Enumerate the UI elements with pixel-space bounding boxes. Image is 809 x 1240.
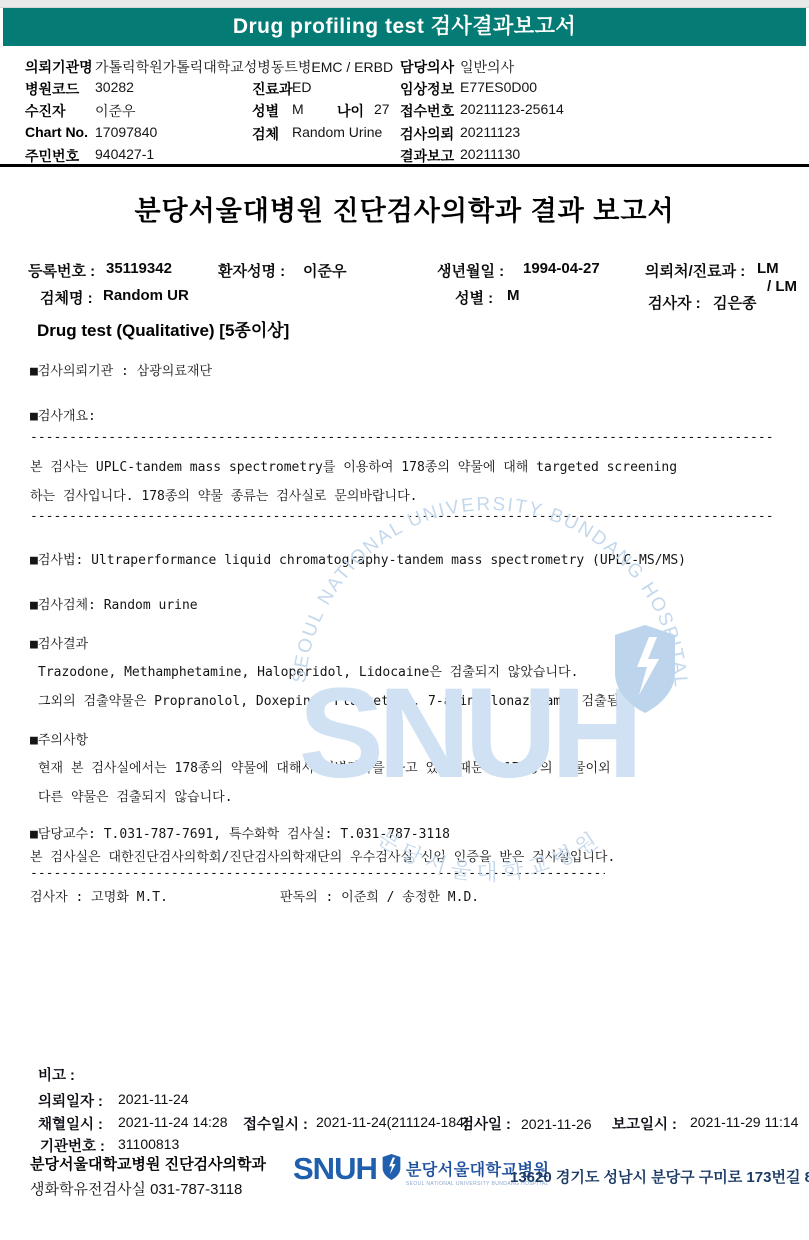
footer-department-line: 분당서울대학교병원 진단검사의학과 [30, 1153, 266, 1174]
ordering-org-label: 의뢰기관명 [25, 57, 93, 77]
result-report-label: 결과보고 [400, 146, 454, 166]
reg-no-label: 등록번호 : [28, 260, 95, 281]
referral-dept-value: LM [757, 260, 779, 277]
report-line-overview-header: ■검사개요: [30, 405, 96, 424]
reader-signature: 판독의 : 이준희 / 송정한 M.D. [280, 886, 479, 905]
report-datetime-value: 2021-11-29 11:14 [690, 1114, 798, 1130]
patient-name-label: 환자성명 : [218, 260, 285, 281]
org-number-value: 31100813 [118, 1136, 179, 1152]
snuh-logo-text: SNUH [293, 1152, 377, 1186]
age-value: 27 [374, 101, 390, 117]
patient-sex-value: M [507, 287, 520, 304]
report-line-caution-header: ■주의사항 [30, 729, 88, 748]
watermark-snuh-text: SNUH [299, 662, 638, 805]
report-line-overview-2: 하는 검사입니다. 178종의 약물 종류는 검사실로 문의바랍니다. [30, 485, 418, 504]
snuh-shield-icon [381, 1154, 402, 1180]
receipt-no-value: 20211123-25614 [460, 101, 564, 117]
birth-date-value: 1994-04-27 [523, 260, 600, 277]
attending-doctor-value: 일반의사 [460, 57, 514, 77]
report-line-specimen: ■검사검체: Random urine [30, 594, 198, 613]
report-line-result-2: 그외의 검출약물은 Propranolol, Doxepine, Fluoxet… [38, 690, 619, 709]
specimen-value: Random Urine [292, 124, 382, 140]
request-date-value: 2021-11-24 [118, 1091, 189, 1107]
receipt-no-label: 접수번호 [400, 101, 454, 121]
sex-label: 성별 [252, 101, 279, 121]
report-datetime-label: 보고일시 : [612, 1113, 677, 1134]
report-main-title: 분당서울대병원 진단검사의학과 결과 보고서 [0, 189, 809, 228]
hospital-code-label: 병원코드 [25, 79, 79, 99]
window-top-strip [0, 0, 809, 8]
patient-name-value: 이준우 [303, 260, 346, 281]
report-line-overview-1: 본 검사는 UPLC-tandem mass spectrometry를 이용하… [30, 456, 677, 475]
request-date-label: 의뢰일자 : [38, 1090, 103, 1111]
remark-label: 비고 : [38, 1064, 75, 1085]
test-date-value: 2021-11-26 [521, 1116, 592, 1132]
ordering-org-value: 가톨릭학원가톨릭대학교성병동트병EMC / ERBD [95, 57, 393, 77]
collect-datetime-label: 채혈일시 : [38, 1113, 103, 1134]
chart-no-value: 17097840 [95, 124, 157, 140]
resident-no-value: 940427-1 [95, 146, 154, 162]
section-rule [0, 164, 809, 167]
patient-value: 이준우 [95, 101, 136, 121]
collect-datetime-value: 2021-11-24 14:28 [118, 1114, 228, 1130]
referral-dept-label: 의뢰처/진료과 : [645, 260, 745, 281]
sex-value: M [292, 101, 304, 117]
birth-date-label: 생년월일 : [437, 260, 504, 281]
order-date-value: 20211123 [460, 124, 520, 140]
report-line-result-1: Trazodone, Methamphetamine, Haloperidol,… [38, 661, 578, 680]
clinical-info-label: 임상정보 [400, 79, 454, 99]
department-value: ED [292, 79, 311, 95]
patient-sex-label: 성별 : [455, 287, 493, 308]
chart-no-label: Chart No. [25, 124, 88, 140]
watermark-shield-icon [615, 625, 675, 713]
receive-datetime-value: 2021-11-24(211124-184) [316, 1114, 469, 1130]
test-section-title: Drug test (Qualitative) [5종이상] [37, 316, 289, 341]
specimen-label: 검체 [252, 124, 279, 144]
report-line-caution-1: 현재 본 검사실에서는 178종의 약물에 대해서 선별검사를 하고 있기 때문… [38, 757, 611, 776]
referral-dept-value2: / LM [767, 278, 797, 295]
examiner-label: 검사자 : [648, 292, 701, 313]
resident-no-label: 주민번호 [25, 146, 79, 166]
test-date-label: 검사일 : [460, 1113, 511, 1134]
specimen-name-value: Random UR [103, 287, 189, 304]
examiner-value: 김은종 [713, 292, 756, 313]
order-date-label: 검사의뢰 [400, 124, 454, 144]
dashed-divider: ----------------------------------------… [30, 509, 773, 524]
specimen-name-label: 검체명 : [40, 287, 93, 308]
report-page: Drug profiling test 검사결과보고서 의뢰기관명 가톨릭학원가… [0, 0, 809, 1240]
report-line-request-org: ■검사의뢰기관 : 삼광의료재단 [30, 360, 212, 379]
report-line-caution-2: 다른 약물은 검출되지 않습니다. [38, 786, 233, 805]
report-line-accreditation: 본 검사실은 대한진단검사의학회/진단검사의학재단의 우수검사실 신임 인증을 … [30, 846, 615, 865]
receive-datetime-label: 접수일시 : [243, 1113, 308, 1134]
patient-label: 수진자 [25, 101, 66, 121]
report-line-method: ■검사법: Ultraperformance liquid chromatogr… [30, 549, 686, 568]
hospital-address: 13620 경기도 성남시 분당구 구미로 173번길 82 [510, 1166, 809, 1187]
age-label: 나이 [337, 101, 364, 121]
hospital-code-value: 30282 [95, 79, 134, 95]
footer-lab-phone-line: 생화학유전검사실 031-787-3118 [30, 1178, 242, 1199]
report-title-bar-text: Drug profiling test 검사결과보고서 [233, 15, 576, 38]
report-title-bar: Drug profiling test 검사결과보고서 [3, 8, 806, 46]
report-line-professor: ■담당교수: T.031-787-7691, 특수화학 검사실: T.031-7… [30, 823, 450, 842]
result-report-value: 20211130 [460, 146, 520, 162]
dashed-divider: ----------------------------------------… [30, 430, 773, 445]
report-line-result-header: ■검사결과 [30, 633, 88, 652]
clinical-info-value: E77ES0D00 [460, 79, 537, 95]
technician-signature: 검사자 : 고명화 M.T. [30, 886, 168, 905]
reg-no-value: 35119342 [106, 260, 172, 277]
attending-doctor-label: 담당의사 [400, 57, 454, 77]
department-label: 진료과 [252, 79, 293, 99]
dashed-divider: ----------------------------------------… [30, 866, 605, 881]
